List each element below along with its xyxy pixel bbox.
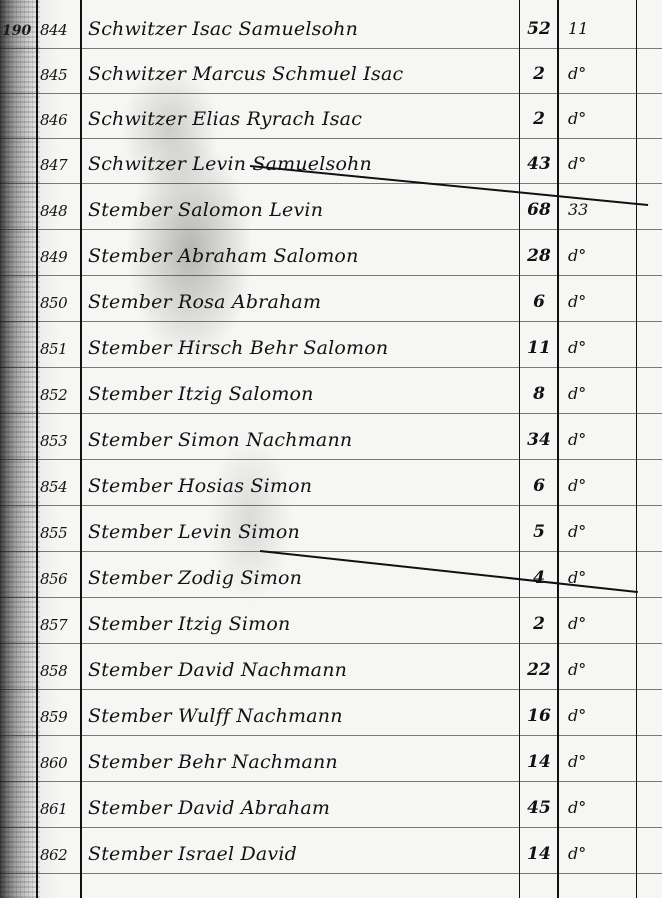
entry-name: Schwitzer Marcus Schmuel Isac bbox=[88, 63, 403, 85]
row-rule bbox=[0, 689, 662, 690]
entry-name: Stember Wulff Nachmann bbox=[88, 705, 343, 727]
entry-name: Stember Simon Nachmann bbox=[88, 429, 352, 451]
entry-name: Stember David Nachmann bbox=[88, 659, 347, 681]
entry-age: 22 bbox=[522, 660, 556, 680]
entry-age: 34 bbox=[522, 430, 556, 450]
row-rule bbox=[0, 321, 662, 322]
register-row: 852 Stember Itzig Salomon 8 d° bbox=[0, 370, 662, 416]
entry-age: 11 bbox=[522, 338, 556, 358]
entry-name: Stember Zodig Simon bbox=[88, 567, 302, 589]
entry-age: 2 bbox=[522, 614, 556, 634]
row-rule bbox=[0, 597, 662, 598]
row-rule bbox=[0, 48, 662, 49]
register-row: 857 Stember Itzig Simon 2 d° bbox=[0, 600, 662, 646]
entry-age: 16 bbox=[522, 706, 556, 726]
entry-number: 857 bbox=[40, 616, 78, 634]
entry-number: 858 bbox=[40, 662, 78, 680]
entry-remark: d° bbox=[568, 752, 628, 771]
entry-age: 6 bbox=[522, 476, 556, 496]
entry-remark: d° bbox=[568, 292, 628, 311]
entry-age: 2 bbox=[522, 109, 556, 129]
entry-remark: d° bbox=[568, 844, 628, 863]
register-row: 861 Stember David Abraham 45 d° bbox=[0, 784, 662, 830]
entry-name: Stember Abraham Salomon bbox=[88, 245, 359, 267]
entry-number: 846 bbox=[40, 111, 78, 129]
entry-name: Stember Behr Nachmann bbox=[88, 751, 338, 773]
entry-number: 853 bbox=[40, 432, 78, 450]
entry-age: 5 bbox=[522, 522, 556, 542]
row-rule bbox=[0, 183, 662, 184]
entry-number: 844 bbox=[40, 21, 78, 39]
entry-number: 845 bbox=[40, 66, 78, 84]
register-row: 850 Stember Rosa Abraham 6 d° bbox=[0, 278, 662, 324]
scanned-page: 844 Schwitzer Isac Samuelsohn 52 11 190 … bbox=[0, 0, 662, 898]
entry-age: 28 bbox=[522, 246, 556, 266]
entry-number: 859 bbox=[40, 708, 78, 726]
row-rule bbox=[0, 93, 662, 94]
entry-number: 849 bbox=[40, 248, 78, 266]
entry-age: 14 bbox=[522, 752, 556, 772]
entry-name: Stember David Abraham bbox=[88, 797, 330, 819]
register-row: 848 Stember Salomon Levin 68 33 bbox=[0, 186, 662, 232]
register-row: 847 Schwitzer Levin Samuelsohn 43 d° bbox=[0, 140, 662, 186]
entry-remark: d° bbox=[568, 476, 628, 495]
entry-remark: d° bbox=[568, 246, 628, 265]
register-row: 856 Stember Zodig Simon 4 d° bbox=[0, 554, 662, 600]
entry-remark: d° bbox=[568, 384, 628, 403]
entry-number: 848 bbox=[40, 202, 78, 220]
entry-number: 850 bbox=[40, 294, 78, 312]
entry-name: Stember Israel David bbox=[88, 843, 297, 865]
margin-page-note: 190 bbox=[2, 23, 31, 39]
row-rule bbox=[0, 229, 662, 230]
entry-name: Stember Hirsch Behr Salomon bbox=[88, 337, 388, 359]
entry-age: 14 bbox=[522, 844, 556, 864]
entry-remark: d° bbox=[568, 522, 628, 541]
row-rule bbox=[0, 827, 662, 828]
entry-number: 856 bbox=[40, 570, 78, 588]
register-row: 851 Stember Hirsch Behr Salomon 11 d° bbox=[0, 324, 662, 370]
entry-remark: d° bbox=[568, 614, 628, 633]
entry-number: 855 bbox=[40, 524, 78, 542]
entry-age: 45 bbox=[522, 798, 556, 818]
entry-name: Stember Salomon Levin bbox=[88, 199, 323, 221]
register-row: 862 Stember Israel David 14 d° bbox=[0, 830, 662, 876]
entry-remark: d° bbox=[568, 798, 628, 817]
register-row: 845 Schwitzer Marcus Schmuel Isac 2 d° bbox=[0, 50, 662, 96]
entry-age: 52 bbox=[522, 19, 556, 39]
row-rule bbox=[0, 551, 662, 552]
entry-remark: d° bbox=[568, 430, 628, 449]
register-row: 859 Stember Wulff Nachmann 16 d° bbox=[0, 692, 662, 738]
row-rule bbox=[0, 735, 662, 736]
entry-remark: d° bbox=[568, 706, 628, 725]
entry-number: 862 bbox=[40, 846, 78, 864]
row-rule bbox=[0, 643, 662, 644]
entry-age: 68 bbox=[522, 200, 556, 220]
entry-remark: d° bbox=[568, 154, 628, 173]
entry-name: Stember Hosias Simon bbox=[88, 475, 312, 497]
register-row: 860 Stember Behr Nachmann 14 d° bbox=[0, 738, 662, 784]
register-row: 849 Stember Abraham Salomon 28 d° bbox=[0, 232, 662, 278]
entry-name: Stember Itzig Simon bbox=[88, 613, 290, 635]
entry-name: Stember Itzig Salomon bbox=[88, 383, 314, 405]
row-rule bbox=[0, 413, 662, 414]
register-row: 853 Stember Simon Nachmann 34 d° bbox=[0, 416, 662, 462]
entry-age: 2 bbox=[522, 64, 556, 84]
entry-number: 847 bbox=[40, 156, 78, 174]
entry-number: 851 bbox=[40, 340, 78, 358]
register-row: 854 Stember Hosias Simon 6 d° bbox=[0, 462, 662, 508]
entry-name: Schwitzer Levin Samuelsohn bbox=[88, 153, 372, 175]
entry-age: 4 bbox=[522, 568, 556, 588]
entry-number: 860 bbox=[40, 754, 78, 772]
entry-name: Schwitzer Elias Ryrach Isac bbox=[88, 108, 362, 130]
row-rule bbox=[0, 781, 662, 782]
entry-name: Schwitzer Isac Samuelsohn bbox=[88, 18, 358, 40]
entry-remark: d° bbox=[568, 338, 628, 357]
row-rule bbox=[0, 505, 662, 506]
entry-name: Stember Rosa Abraham bbox=[88, 291, 321, 313]
entry-number: 852 bbox=[40, 386, 78, 404]
entry-number: 861 bbox=[40, 800, 78, 818]
entry-number: 854 bbox=[40, 478, 78, 496]
row-rule bbox=[0, 275, 662, 276]
row-rule bbox=[0, 873, 662, 874]
register-row: 844 Schwitzer Isac Samuelsohn 52 11 190 bbox=[0, 5, 662, 51]
entry-remark: 11 bbox=[568, 19, 628, 38]
row-rule bbox=[0, 138, 662, 139]
entry-age: 6 bbox=[522, 292, 556, 312]
row-rule bbox=[0, 459, 662, 460]
entry-remark: d° bbox=[568, 109, 628, 128]
entry-name: Stember Levin Simon bbox=[88, 521, 300, 543]
register-row: 855 Stember Levin Simon 5 d° bbox=[0, 508, 662, 554]
entry-age: 8 bbox=[522, 384, 556, 404]
entry-remark: d° bbox=[568, 660, 628, 679]
register-row: 858 Stember David Nachmann 22 d° bbox=[0, 646, 662, 692]
entry-age: 43 bbox=[522, 154, 556, 174]
entry-remark: d° bbox=[568, 64, 628, 83]
register-row: 846 Schwitzer Elias Ryrach Isac 2 d° bbox=[0, 95, 662, 141]
row-rule bbox=[0, 367, 662, 368]
